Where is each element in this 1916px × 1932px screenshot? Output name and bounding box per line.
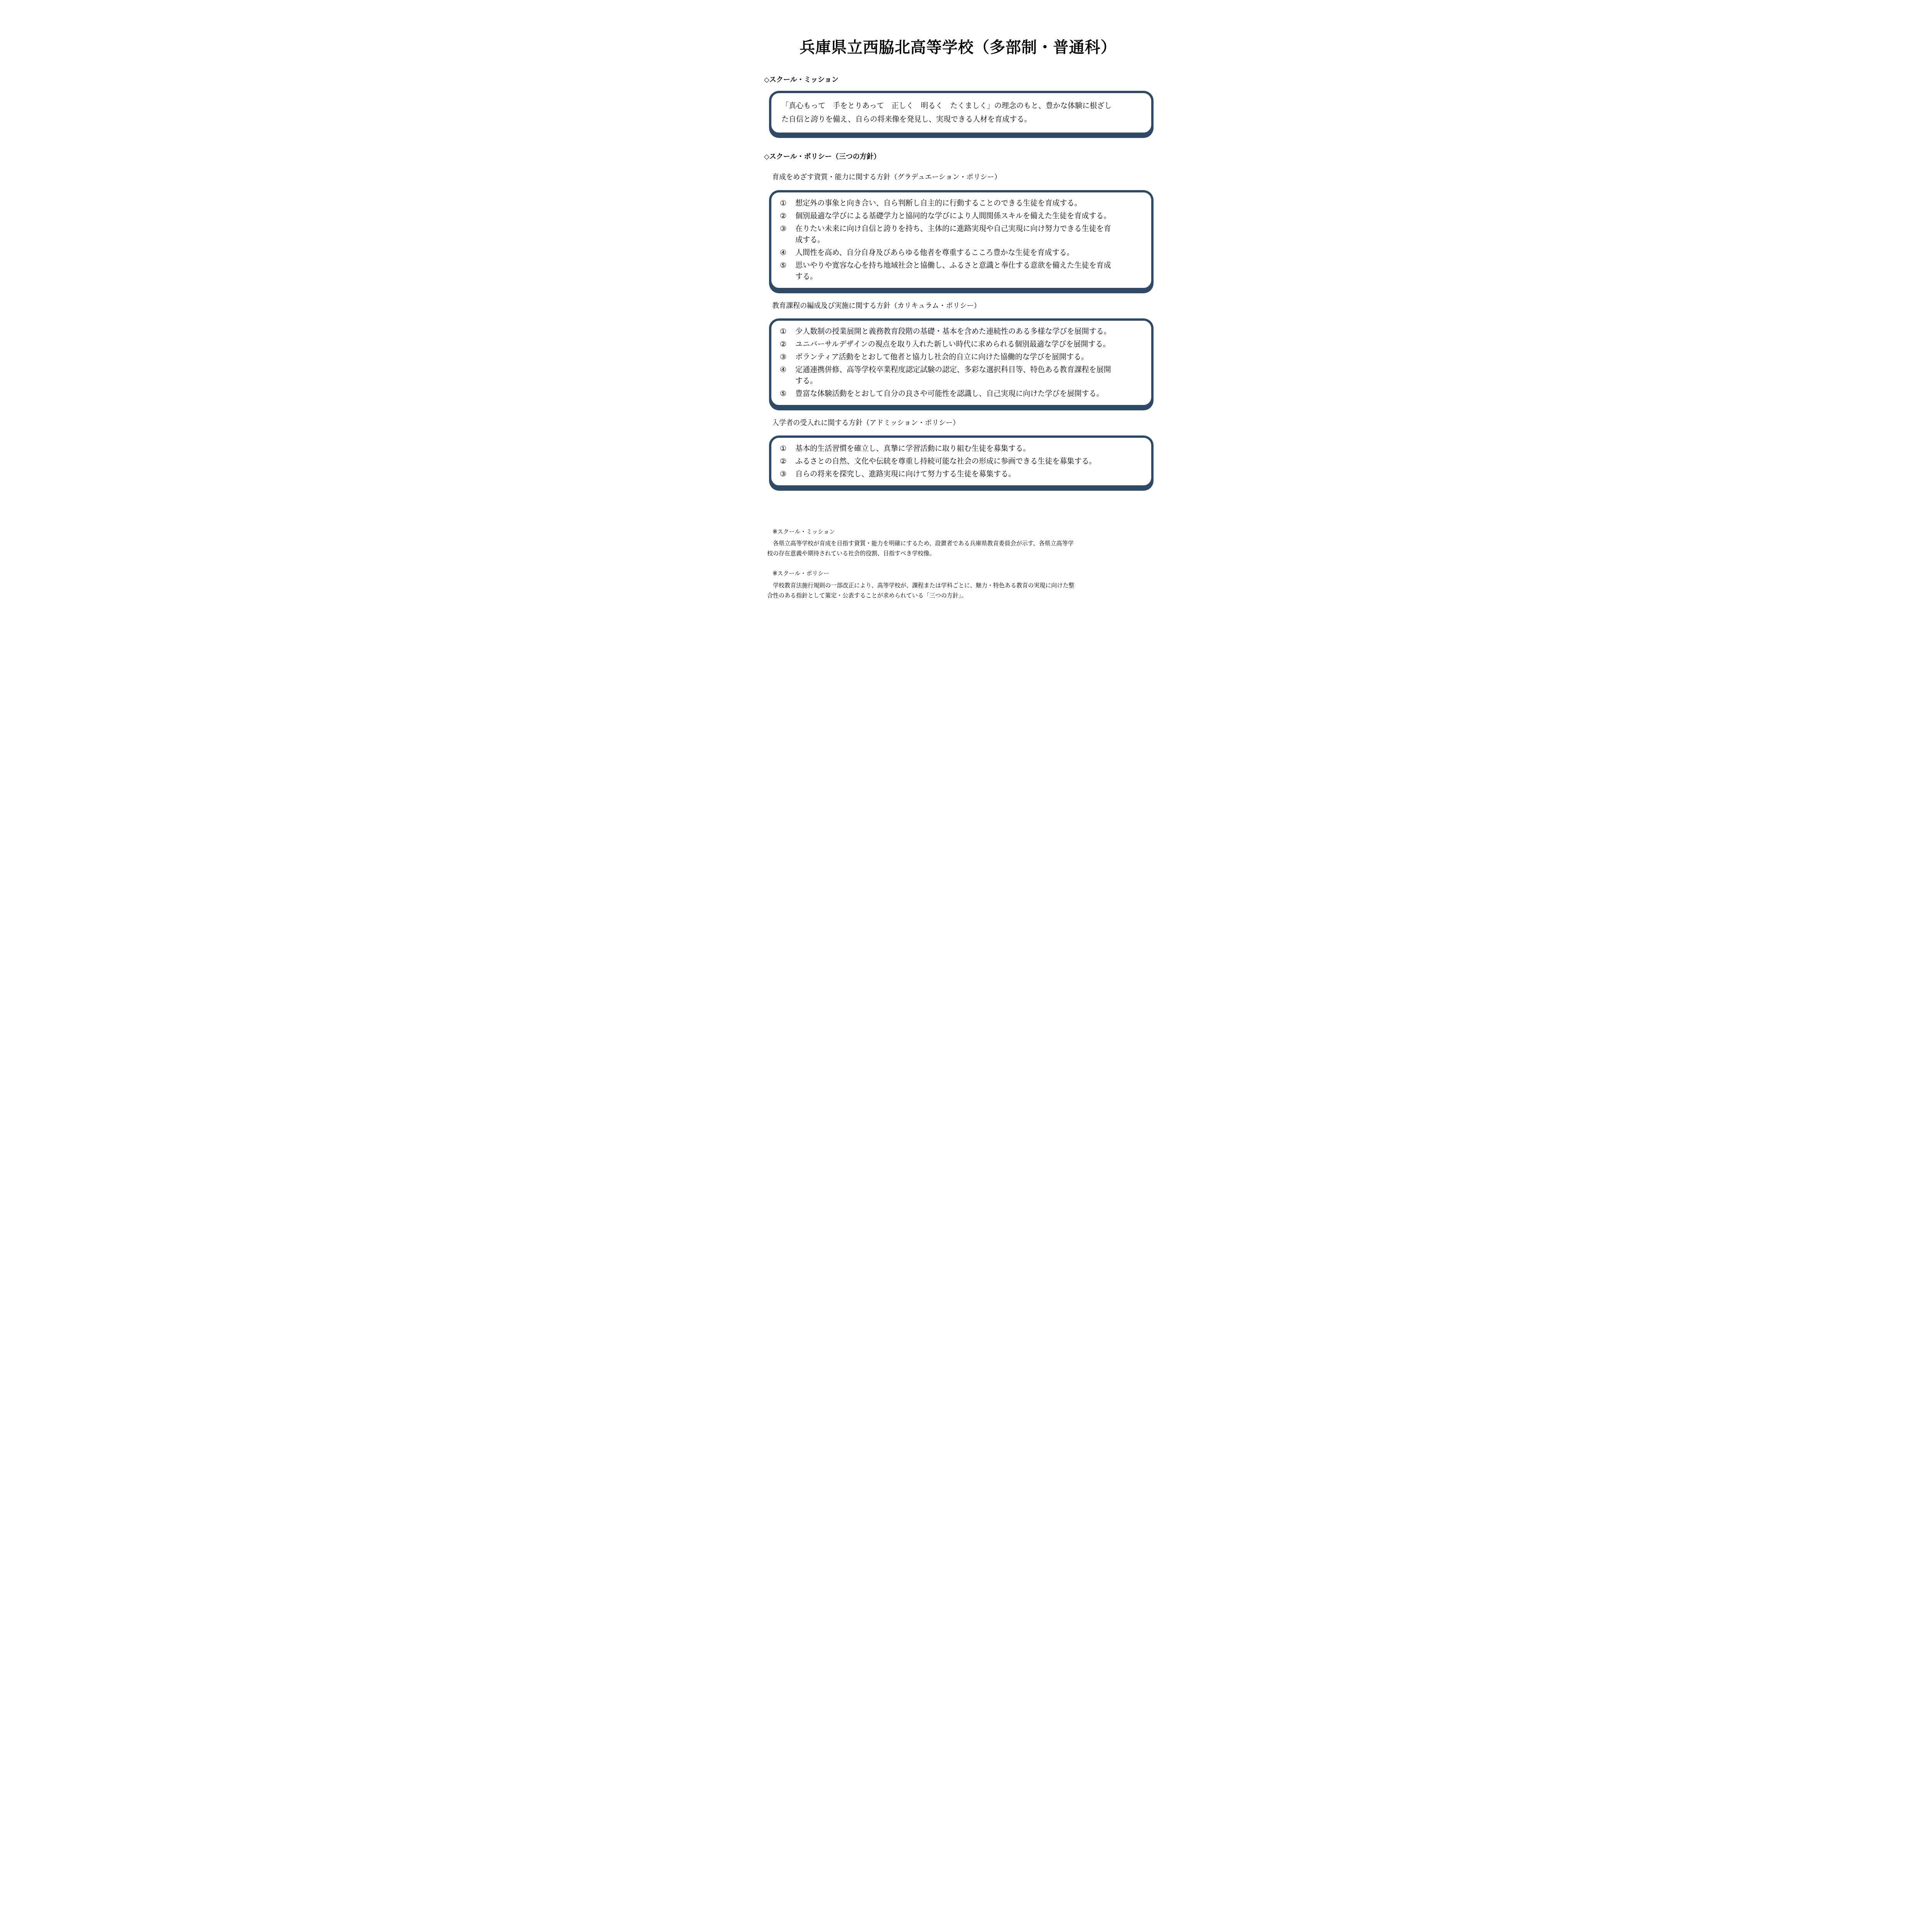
item-number: ⑤ <box>780 388 795 400</box>
item-number: ④ <box>780 364 795 376</box>
item-number: ① <box>780 198 795 209</box>
item-text: ボランティア活動をとおして他者と協力し社会的自立に向けた協働的な学びを展開する。 <box>795 352 1143 363</box>
subheading-admission-policy: 入学者の受入れに関する方針（アドミッション・ポリシー） <box>772 418 1198 428</box>
item-text: 豊富な体験活動をとおして自分の良さや可能性を認識し、自己実現に向けた学びを展開す… <box>795 388 1143 400</box>
item-number: ③ <box>780 223 795 235</box>
curriculum-policy-box: ① 少人数制の授業展開と義務教育段階の基礎・基本を含めた連続性のある多様な学びを… <box>769 318 1154 407</box>
section-heading-school-mission: ◇スクール・ミッション <box>764 75 1198 85</box>
list-item: ③ ボランティア活動をとおして他者と協力し社会的自立に向けた協働的な学びを展開す… <box>780 352 1143 363</box>
item-text: 想定外の事象と向き合い、自ら判断し自主的に行動することのできる生徒を育成する。 <box>795 198 1143 209</box>
item-number: ② <box>780 456 795 467</box>
item-text: ふるさとの自然、文化や伝統を尊重し持続可能な社会の形成に参画できる生徒を募集する… <box>795 456 1143 467</box>
list-item: ① 少人数制の授業展開と義務教育段階の基礎・基本を含めた連続性のある多様な学びを… <box>780 326 1143 337</box>
list-item: ⑤ 思いやりや寛容な心を持ち地域社会と協働し、ふるさと意識と奉仕する意欲を備えた… <box>780 260 1143 282</box>
admission-policy-box: ① 基本的生活習慣を確立し、真摯に学習活動に取り組む生徒を募集する。 ② ふるさ… <box>769 435 1154 488</box>
list-item: ⑤ 豊富な体験活動をとおして自分の良さや可能性を認識し、自己実現に向けた学びを展… <box>780 388 1143 400</box>
item-text: 定通連携併修、高等学校卒業程度認定試験の認定、多彩な選択科目等、特色ある教育課程… <box>795 364 1143 387</box>
list-item: ③ 在りたい未来に向け自信と誇りを持ち、主体的に進路実現や自己実現に向け努力でき… <box>780 223 1143 246</box>
item-text: 基本的生活習慣を確立し、真摯に学習活動に取り組む生徒を募集する。 <box>795 443 1143 454</box>
item-text: ユニバーサルデザインの視点を取り入れた新しい時代に求められる個別最適な学びを展開… <box>795 339 1143 350</box>
item-number: ⑤ <box>780 260 795 271</box>
item-number: ② <box>780 339 795 350</box>
list-item: ④ 人間性を高め、自分自身及びあらゆる他者を尊重するこころ豊かな生徒を育成する。 <box>780 247 1143 259</box>
footnote-body-mission: 各県立高等学校が育成を目指す資質・能力を明確にするため、設置者である兵庫県教育委… <box>767 539 1158 559</box>
item-number: ① <box>780 443 795 454</box>
item-number: ① <box>780 326 795 337</box>
page-title: 兵庫県立西脇北高等学校（多部制・普通科） <box>718 37 1198 58</box>
item-number: ④ <box>780 247 795 259</box>
list-item: ① 想定外の事象と向き合い、自ら判断し自主的に行動することのできる生徒を育成する… <box>780 198 1143 209</box>
footnote-heading-policy: ※スクール・ポリシー <box>773 570 1198 578</box>
mission-box: 「真心もって 手をとりあって 正しく 明るく たくましく」の理念のもと、豊かな体… <box>769 91 1154 135</box>
footnote-body-policy: 学校教育法施行規則の一部改正により、高等学校が、課程または学科ごとに、魅力・特色… <box>767 581 1158 601</box>
list-item: ② ユニバーサルデザインの視点を取り入れた新しい時代に求められる個別最適な学びを… <box>780 339 1143 350</box>
list-item: ② 個別最適な学びによる基礎学力と協同的な学びにより人間関係スキルを備えた生徒を… <box>780 211 1143 222</box>
item-text: 自らの将来を探究し、進路実現に向けて努力する生徒を募集する。 <box>795 469 1143 480</box>
item-text: 個別最適な学びによる基礎学力と協同的な学びにより人間関係スキルを備えた生徒を育成… <box>795 211 1143 222</box>
item-text: 在りたい未来に向け自信と誇りを持ち、主体的に進路実現や自己実現に向け努力できる生… <box>795 223 1143 246</box>
item-number: ③ <box>780 469 795 480</box>
mission-text: 「真心もって 手をとりあって 正しく 明るく たくましく」の理念のもと、豊かな体… <box>781 99 1141 126</box>
list-item: ③ 自らの将来を探究し、進路実現に向けて努力する生徒を募集する。 <box>780 469 1143 480</box>
list-item: ④ 定通連携併修、高等学校卒業程度認定試験の認定、多彩な選択科目等、特色ある教育… <box>780 364 1143 387</box>
item-number: ② <box>780 211 795 222</box>
section-heading-school-policy: ◇スクール・ポリシー（三つの方針） <box>764 152 1198 162</box>
list-item: ① 基本的生活習慣を確立し、真摯に学習活動に取り組む生徒を募集する。 <box>780 443 1143 454</box>
item-number: ③ <box>780 352 795 363</box>
list-item: ② ふるさとの自然、文化や伝統を尊重し持続可能な社会の形成に参画できる生徒を募集… <box>780 456 1143 467</box>
item-text: 思いやりや寛容な心を持ち地域社会と協働し、ふるさと意識と奉仕する意欲を備えた生徒… <box>795 260 1143 282</box>
item-text: 少人数制の授業展開と義務教育段階の基礎・基本を含めた連続性のある多様な学びを展開… <box>795 326 1143 337</box>
subheading-curriculum-policy: 教育課程の編成及び実施に関する方針（カリキュラム・ポリシー） <box>772 301 1198 311</box>
footnote-heading-mission: ※スクール・ミッション <box>773 528 1198 537</box>
graduation-policy-box: ① 想定外の事象と向き合い、自ら判断し自主的に行動することのできる生徒を育成する… <box>769 190 1154 290</box>
document-page: 兵庫県立西脇北高等学校（多部制・普通科） ◇スクール・ミッション 「真心もって … <box>718 0 1198 678</box>
item-text: 人間性を高め、自分自身及びあらゆる他者を尊重するこころ豊かな生徒を育成する。 <box>795 247 1143 259</box>
subheading-graduation-policy: 育成をめざす資質・能力に関する方針（グラデュエーション・ポリシー） <box>772 172 1198 182</box>
